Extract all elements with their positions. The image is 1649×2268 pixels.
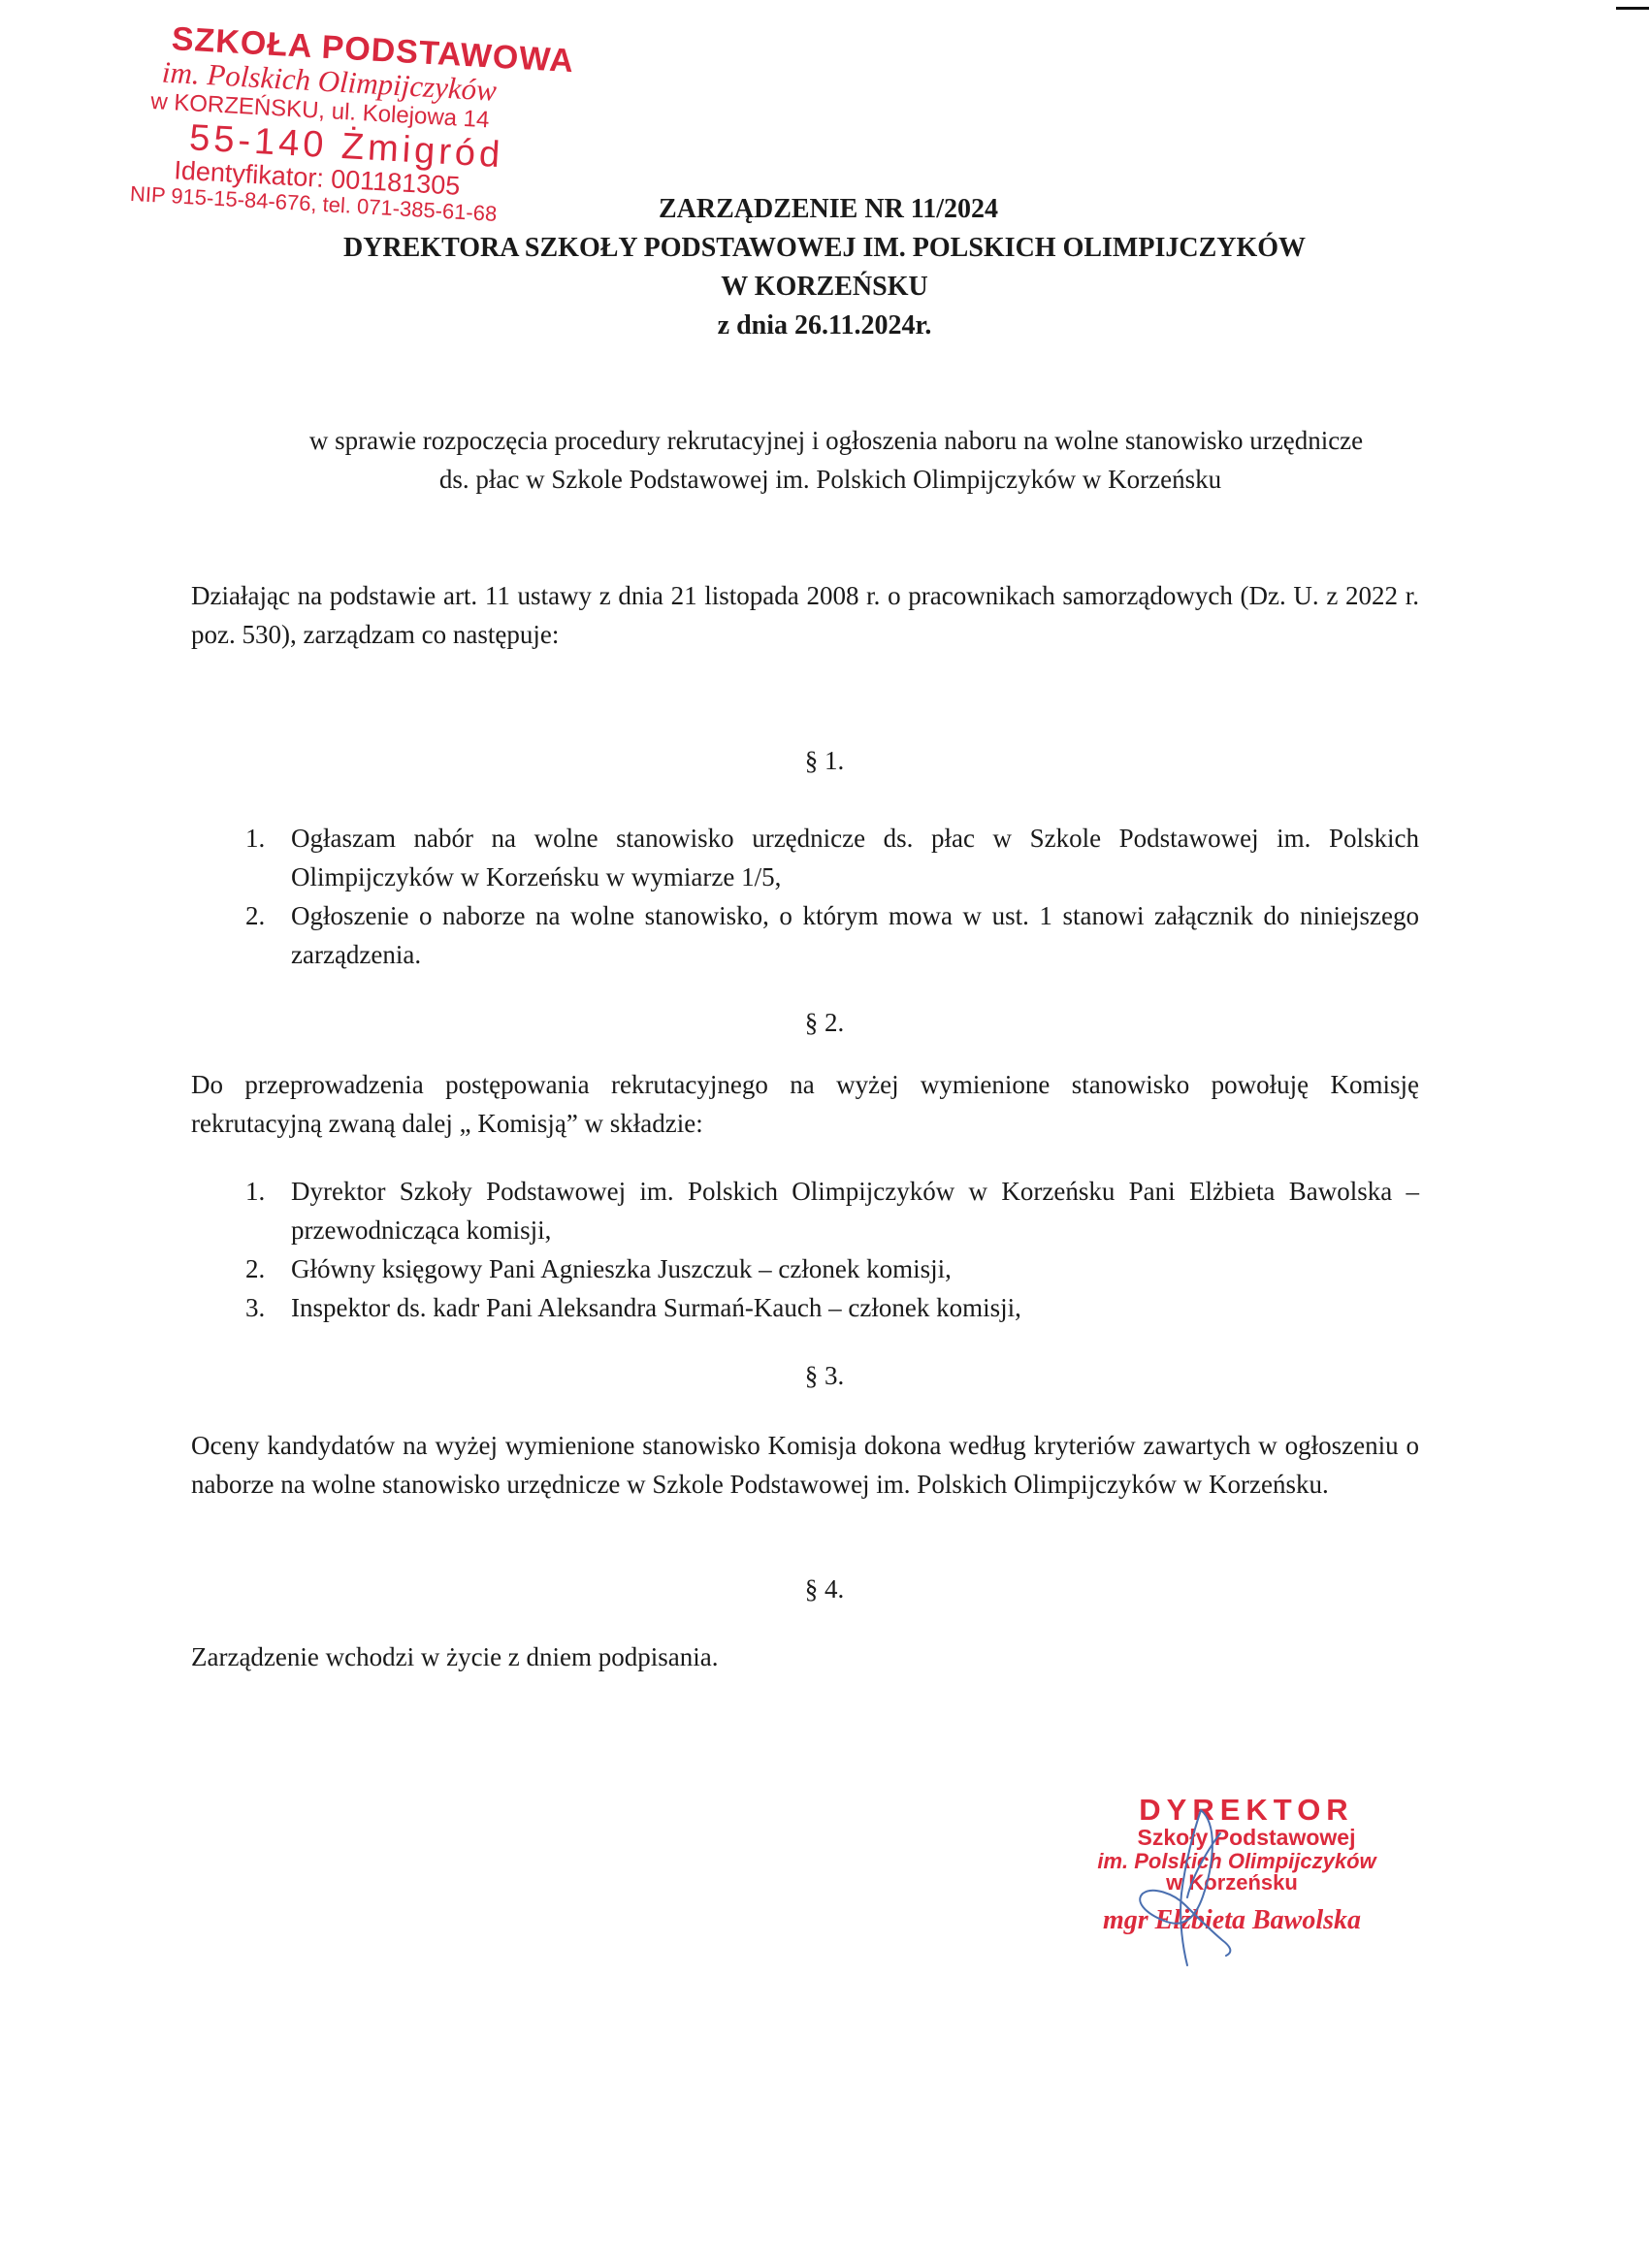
document-subject: w sprawie rozpoczęcia procedury rekrutac…: [0, 421, 1649, 499]
document-page: SZKOŁA PODSTAWOWA im. Polskich Olimpijcz…: [0, 0, 1649, 2268]
list-item-number: 2.: [245, 896, 265, 935]
section-4-text: Zarządzenie wchodzi w życie z dniem podp…: [191, 1637, 1419, 1676]
title-issuer: DYREKTORA SZKOŁY PODSTAWOWEJ IM. POLSKIC…: [0, 229, 1649, 268]
section-3-heading: § 3.: [0, 1356, 1649, 1395]
list-item-text: Główny księgowy Pani Agnieszka Juszczuk …: [291, 1254, 952, 1283]
document-title: ZARZĄDZENIE NR 11/2024 DYREKTORA SZKOŁY …: [0, 190, 1649, 345]
title-date: z dnia 26.11.2024r.: [0, 307, 1649, 345]
section-3-text: Oceny kandydatów na wyżej wymienione sta…: [191, 1426, 1419, 1504]
section-2-intro: Do przeprowadzenia postępowania rekrutac…: [191, 1065, 1419, 1143]
director-stamp-school: Szkoły Podstawowej: [1048, 1827, 1416, 1849]
section-4-heading-text: § 4.: [805, 1570, 845, 1608]
title-ordinance-number: ZARZĄDZENIE NR 11/2024: [0, 190, 1649, 229]
list-item-text: Ogłaszam nabór na wolne stanowisko urzęd…: [291, 824, 1419, 891]
list-item: 3. Inspektor ds. kadr Pani Aleksandra Su…: [245, 1288, 1419, 1327]
list-item-number: 2.: [245, 1249, 265, 1288]
subject-line-2: ds. płac w Szkole Podstawowej im. Polski…: [0, 460, 1649, 499]
list-item: 2. Główny księgowy Pani Agnieszka Juszcz…: [245, 1249, 1419, 1288]
section-1-heading-text: § 1.: [805, 741, 845, 780]
list-item-number: 1.: [245, 1172, 265, 1211]
director-stamp-patron: im. Polskich Olimpijczyków: [1048, 1851, 1416, 1872]
director-stamp-title: DYREKTOR: [1048, 1795, 1416, 1825]
director-stamp-location: w Korzeńsku: [1048, 1872, 1416, 1894]
section-1-heading: § 1.: [0, 741, 1649, 780]
preamble: Działając na podstawie art. 11 ustawy z …: [191, 576, 1419, 654]
list-item: 1. Ogłaszam nabór na wolne stanowisko ur…: [245, 819, 1419, 896]
list-item-text: Inspektor ds. kadr Pani Aleksandra Surma…: [291, 1293, 1021, 1322]
list-item-number: 1.: [245, 819, 265, 858]
list-item-text: Dyrektor Szkoły Podstawowej im. Polskich…: [291, 1177, 1419, 1245]
section-1-list: 1. Ogłaszam nabór na wolne stanowisko ur…: [245, 819, 1419, 974]
section-2-heading: § 2.: [0, 1003, 1649, 1042]
list-item-text: Ogłoszenie o naborze na wolne stanowisko…: [291, 901, 1419, 969]
scan-edge-mark: [1616, 7, 1649, 10]
section-4-heading: § 4.: [0, 1570, 1649, 1608]
director-stamp-name: mgr Elżbieta Bawolska: [1048, 1907, 1416, 1934]
section-2-list: 1. Dyrektor Szkoły Podstawowej im. Polsk…: [245, 1172, 1419, 1327]
title-location: W KORZEŃSKU: [0, 268, 1649, 307]
list-item: 2. Ogłoszenie o naborze na wolne stanowi…: [245, 896, 1419, 974]
section-2-heading-text: § 2.: [805, 1003, 845, 1042]
list-item-number: 3.: [245, 1288, 265, 1327]
director-stamp: DYREKTOR Szkoły Podstawowej im. Polskich…: [1048, 1795, 1416, 1934]
list-item: 1. Dyrektor Szkoły Podstawowej im. Polsk…: [245, 1172, 1419, 1249]
section-3-heading-text: § 3.: [805, 1356, 845, 1395]
subject-line-1: w sprawie rozpoczęcia procedury rekrutac…: [0, 421, 1649, 460]
